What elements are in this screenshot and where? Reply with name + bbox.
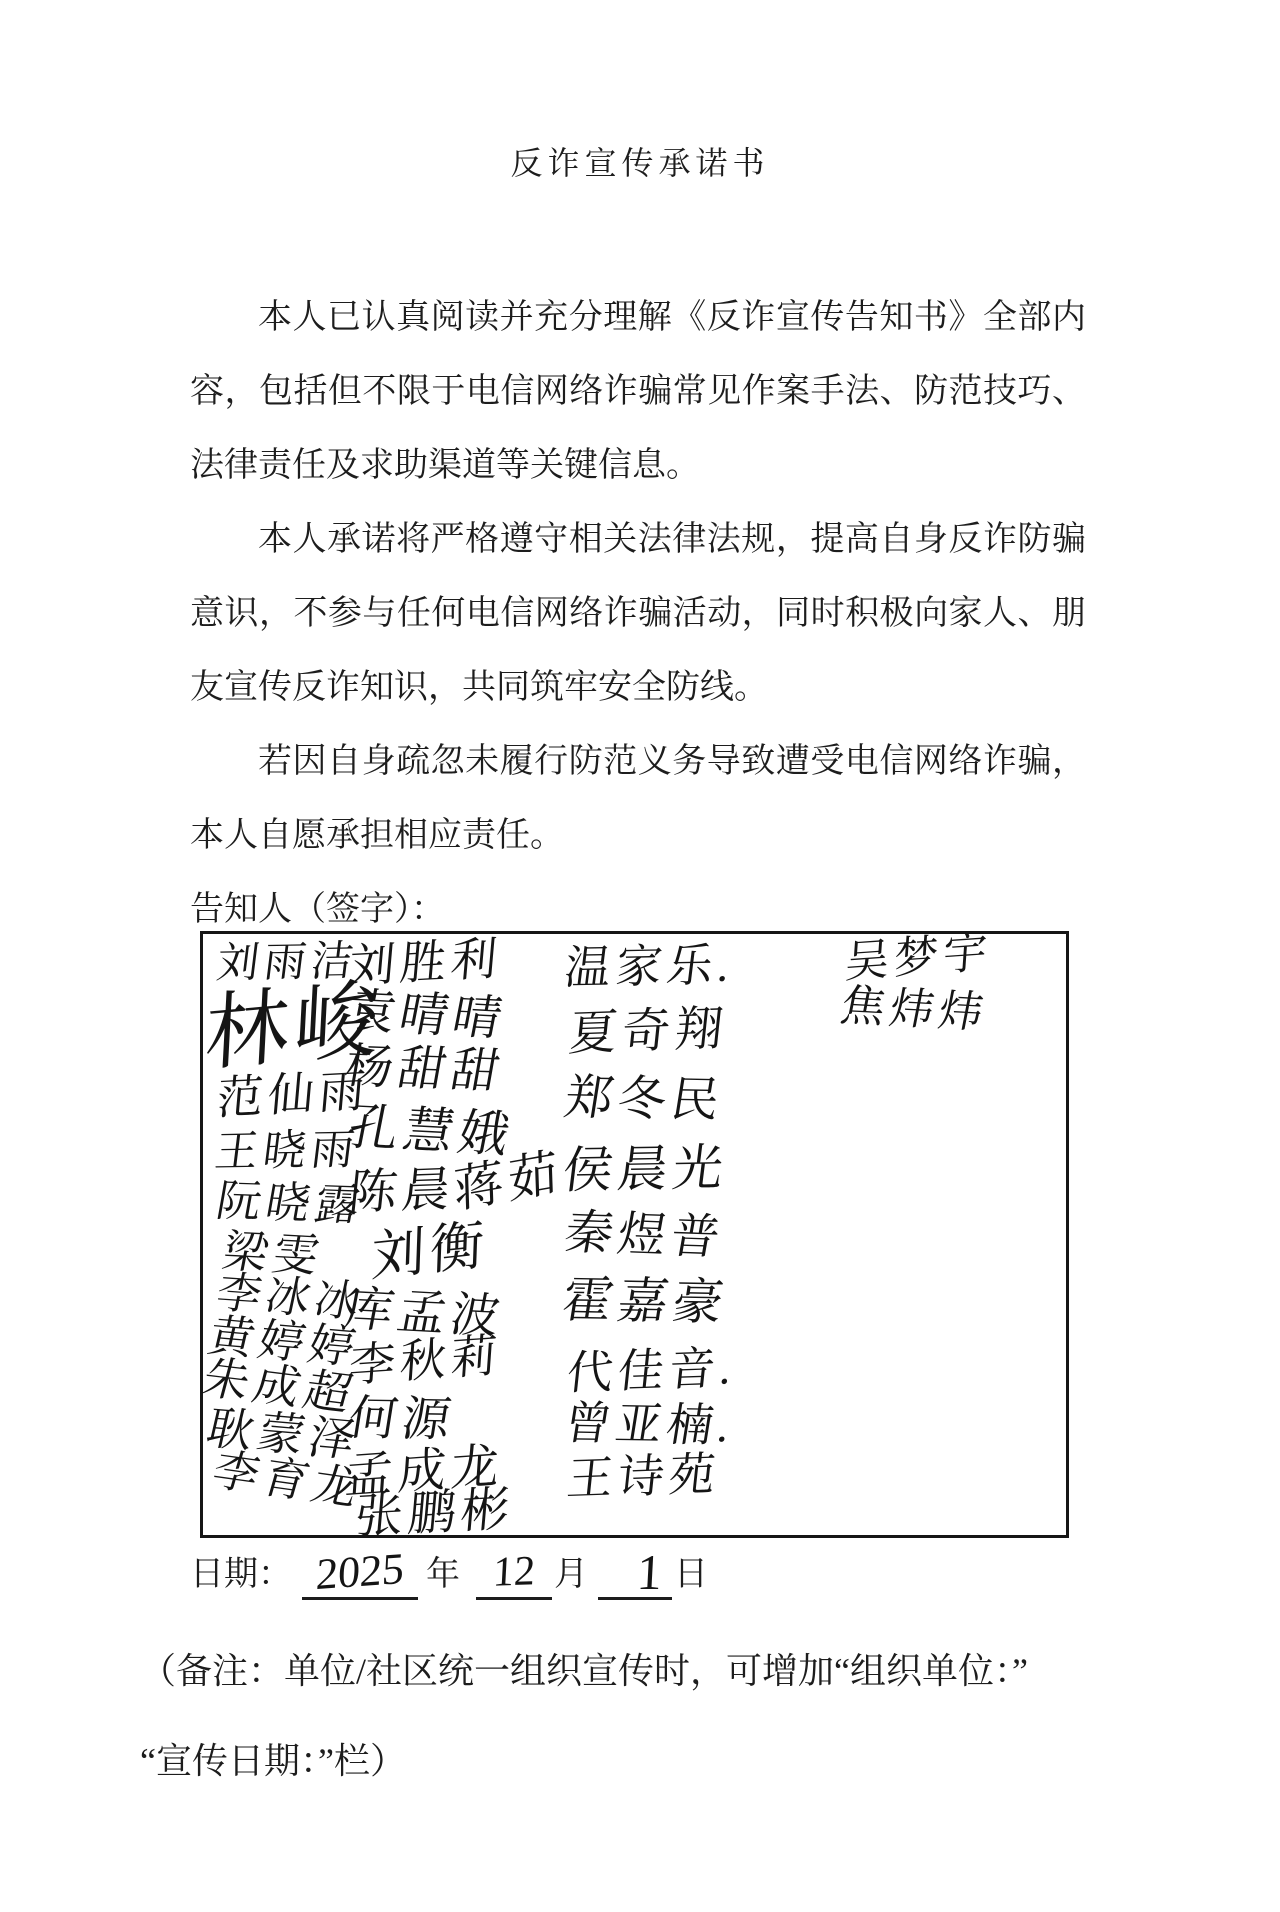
- date-year-handwritten: 2025: [315, 1545, 405, 1599]
- handwritten-signature: 焦炜炜: [837, 984, 992, 1035]
- document-title: 反诈宣传承诺书: [0, 138, 1280, 184]
- date-day-blank: 1: [598, 1548, 672, 1600]
- handwritten-signature: 霍嘉豪: [559, 1275, 732, 1328]
- handwritten-signature: 李秋莉: [348, 1332, 504, 1389]
- handwritten-signature: 何源: [345, 1395, 459, 1445]
- handwritten-signature: 阮晓露: [213, 1180, 368, 1229]
- handwritten-signature: 秦煜普: [561, 1209, 728, 1262]
- footnote: （备注：单位/社区统一组织宣传时，可增加“组织单位：” “宣传日期：”栏）: [140, 1626, 1210, 1806]
- handwritten-signature: 王晓雨: [212, 1129, 361, 1175]
- handwritten-signature: 吴梦宇: [844, 931, 994, 986]
- date-month-unit: 月: [554, 1550, 588, 1600]
- footnote-line-2: “宣传日期：”栏）: [140, 1716, 1210, 1806]
- date-label: 日期：: [190, 1550, 292, 1600]
- date-day-unit: 日: [674, 1550, 708, 1600]
- date-year-blank: 2025: [302, 1548, 418, 1600]
- paragraph-responsibility: 若因自身疏忽未履行防范义务导致遭受电信网络诈骗，本人自愿承担相应责任。: [190, 725, 1086, 873]
- handwritten-signature: 袁晴晴: [342, 988, 510, 1044]
- handwritten-signature: 夏奇翔: [567, 1005, 731, 1059]
- date-month-blank: 12: [476, 1548, 552, 1600]
- handwritten-signature: 孔慧娥: [344, 1102, 518, 1160]
- handwritten-signature: 刘衡: [370, 1218, 489, 1285]
- date-day-handwritten: 1: [636, 1548, 674, 1596]
- date-month-handwritten: 12: [492, 1547, 536, 1597]
- handwritten-signature: 刘胜利: [347, 936, 504, 990]
- document-body: 本人已认真阅读并充分理解《反诈宣传告知书》全部内容，包括但不限于电信网络诈骗常见…: [190, 281, 1086, 947]
- handwritten-signature: 张鹏彬: [353, 1486, 516, 1543]
- scanned-document-page: 反诈宣传承诺书 本人已认真阅读并充分理解《反诈宣传告知书》全部内容，包括但不限于…: [0, 0, 1280, 1912]
- paragraph-commitment: 本人承诺将严格遵守相关法律法规，提高自身反诈防骗意识，不参与任何电信网络诈骗活动…: [190, 503, 1086, 725]
- handwritten-signature: 王诗苑: [565, 1451, 723, 1503]
- footnote-line-1: （备注：单位/社区统一组织宣传时，可增加“组织单位：”: [140, 1626, 1210, 1716]
- handwritten-signature: 陈晨: [346, 1166, 457, 1218]
- handwritten-signature: 曾亚楠.: [561, 1401, 738, 1450]
- handwritten-signature: 杨甜甜: [341, 1043, 508, 1096]
- handwritten-signature: 侯晨光: [560, 1143, 731, 1196]
- signature-box: 刘雨洁林峻范仙雨王晓雨阮晓露梁雯李冰冰黄婷婷朱成超耿蒙泽李育龙刘胜利袁晴晴杨甜甜…: [200, 931, 1069, 1538]
- date-line: 日期： 2025 年 12 月 1 日: [190, 1544, 708, 1600]
- handwritten-signature: 郑冬民: [561, 1075, 728, 1126]
- handwritten-signature: 代佳音.: [565, 1345, 739, 1397]
- date-year-unit: 年: [426, 1550, 460, 1600]
- handwritten-signature: 温家乐.: [562, 942, 737, 991]
- paragraph-read-understood: 本人已认真阅读并充分理解《反诈宣传告知书》全部内容，包括但不限于电信网络诈骗常见…: [190, 281, 1086, 503]
